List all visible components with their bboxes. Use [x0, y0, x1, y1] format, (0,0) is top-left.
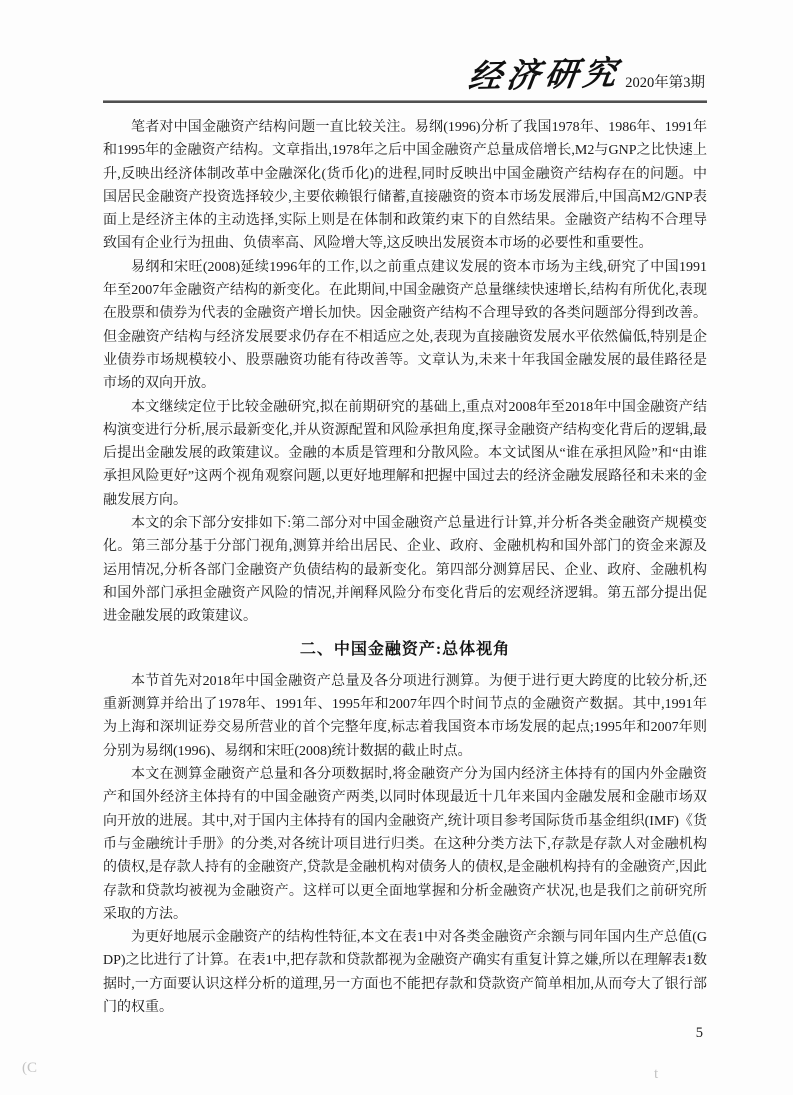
- header-row: 经济研究 2020年第3期: [103, 62, 707, 97]
- page-header: 经济研究 2020年第3期: [103, 0, 707, 103]
- watermark-fragment-right: t: [654, 1066, 658, 1083]
- issue-label: 2020年第3期: [625, 71, 705, 97]
- paragraph-2: 易纲和宋旺(2008)延续1996年的工作,以之前重点建议发展的资本市场为主线,…: [103, 256, 707, 396]
- watermark-fragment-left: (C: [22, 1060, 37, 1077]
- journal-page: 经济研究 2020年第3期 笔者对中国金融资产结构问题一直比较关注。易纲(199…: [0, 0, 793, 1095]
- paragraph-7: 为更好地展示金融资产的结构性特征,本文在表1中对各类金融资产余额与同年国内生产总…: [103, 926, 707, 1019]
- page-number: 5: [103, 1022, 707, 1045]
- section-heading: 二、中国金融资产:总体视角: [103, 638, 707, 661]
- article-body: 笔者对中国金融资产结构问题一直比较关注。易纲(1996)分析了我国1978年、1…: [103, 103, 707, 1046]
- paragraph-6: 本文在测算金融资产总量和各分项数据时,将金融资产分为国内经济主体持有的国内外金融…: [103, 763, 707, 926]
- paragraph-5: 本节首先对2018年中国金融资产总量及各分项进行测算。为便于进行更大跨度的比较分…: [103, 670, 707, 763]
- paragraph-1: 笔者对中国金融资产结构问题一直比较关注。易纲(1996)分析了我国1978年、1…: [103, 116, 707, 256]
- journal-logo: 经济研究: [466, 58, 623, 97]
- paragraph-4: 本文的余下部分安排如下:第二部分对中国金融资产总量进行计算,并分析各类金融资产规…: [103, 512, 707, 628]
- paragraph-3: 本文继续定位于比较金融研究,拟在前期研究的基础上,重点对2008年至2018年中…: [103, 396, 707, 512]
